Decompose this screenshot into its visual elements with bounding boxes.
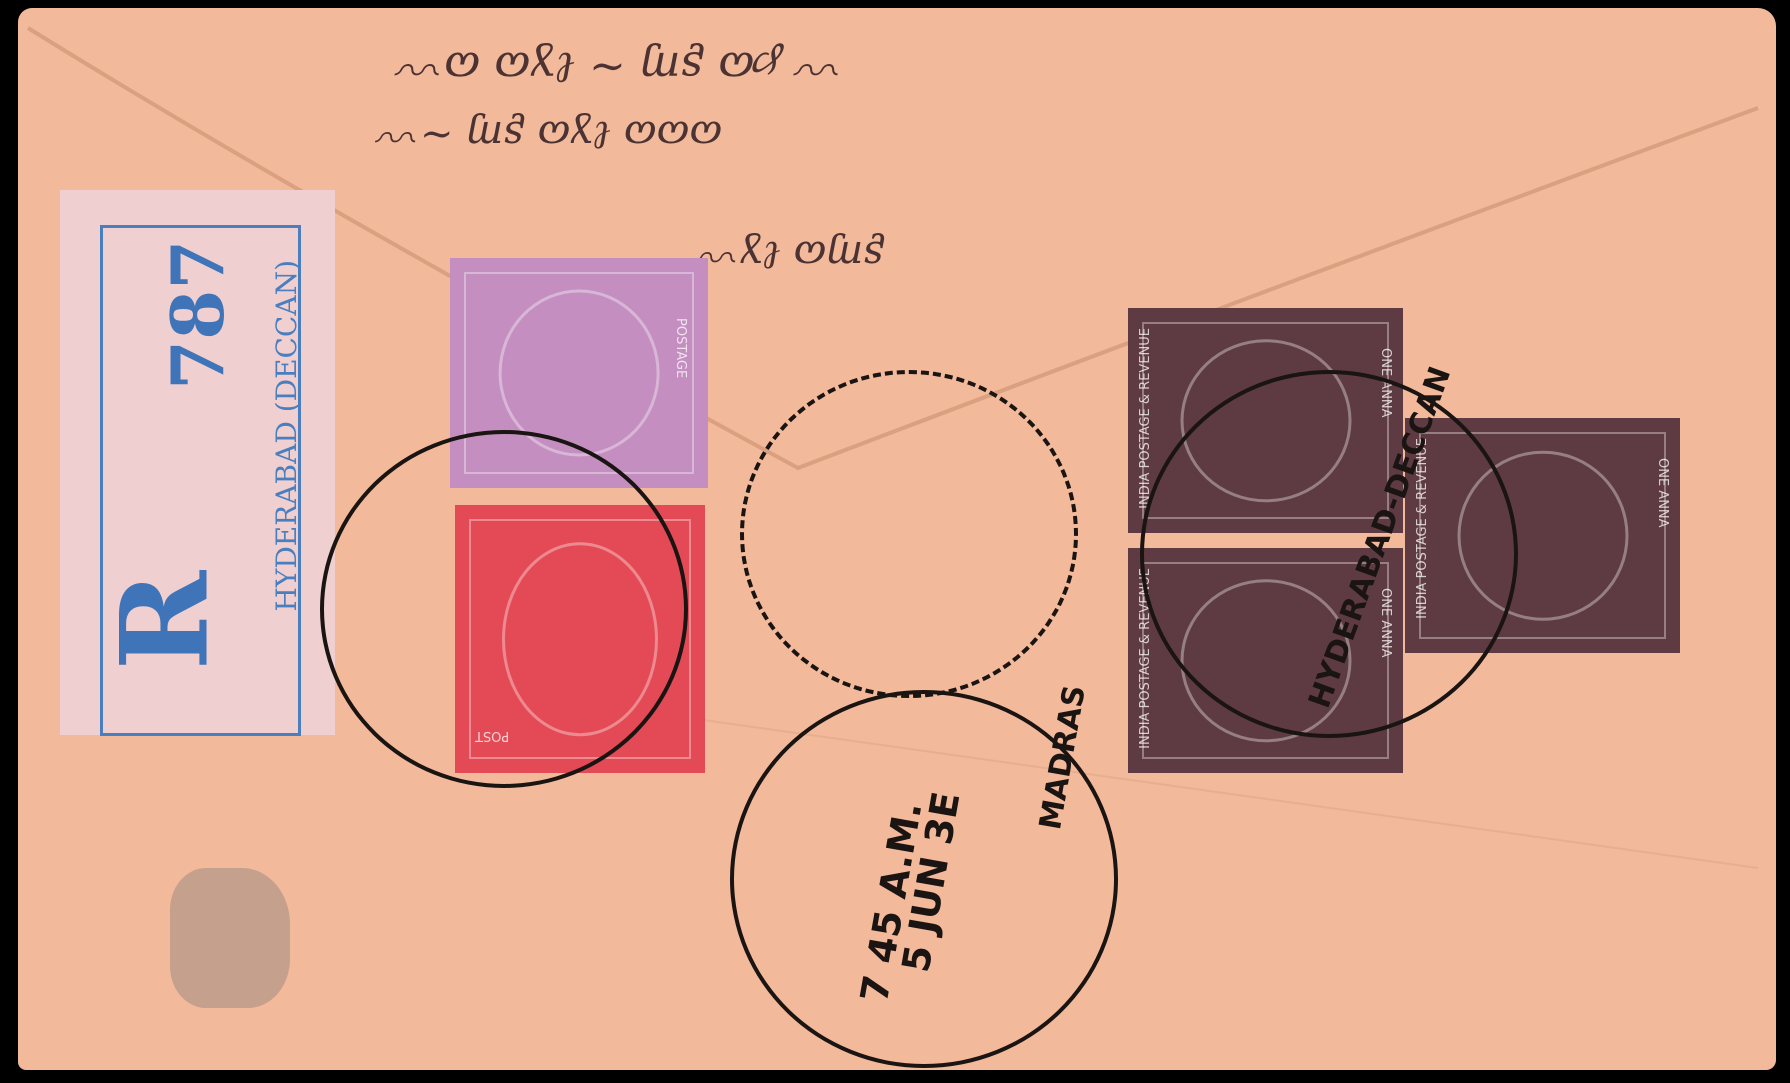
postmark	[740, 370, 1078, 698]
stain	[170, 868, 290, 1008]
stamp-text: INDIA POSTAGE & REVENUE	[1138, 328, 1153, 509]
stamp-value: ONE ANNA	[1655, 458, 1670, 528]
registration-letter: R	[94, 571, 235, 671]
handwritten-address: 〰 ℘ɷ ʂɱ ~ ℓɣɷ ɷ〰	[400, 40, 843, 104]
handwritten-address: ʂɱɷ ℓɣ〰	[700, 230, 885, 287]
handwritten-address: ɷɷɷ ℓɣɷ ʂɱ ~〰	[380, 110, 722, 167]
registration-number: 787	[155, 240, 240, 390]
postmark	[320, 430, 688, 788]
registration-office: HYDERABAD (DECCAN)	[270, 260, 303, 612]
registration-label: 787 HYDERABAD (DECCAN) R	[60, 190, 335, 735]
stamp-text: POSTAGE	[673, 318, 688, 378]
